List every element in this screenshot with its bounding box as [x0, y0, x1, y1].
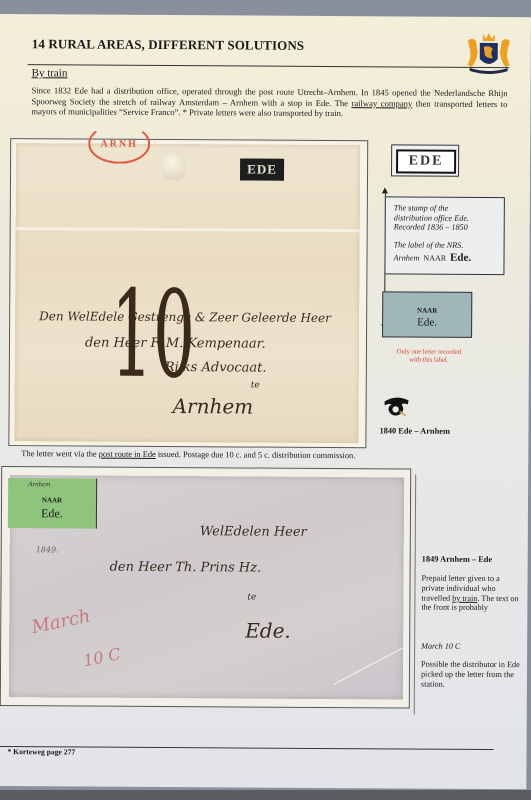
- address-line: te: [251, 381, 260, 391]
- info-line: The stamp of the: [394, 203, 502, 213]
- nrs-label-blue: NAAR Ede.: [382, 291, 472, 338]
- ede-stamp-detail: EDE: [391, 144, 459, 176]
- label-description: ArnhemNAAREde.: [393, 251, 471, 263]
- album-page: 14 RURAL AREAS, DIFFERENT SOLUTIONS By t…: [0, 14, 531, 789]
- stamp-info-text: The stamp of the distribution office Ede…: [394, 203, 502, 250]
- address-city: Arnhem: [173, 394, 254, 418]
- ede-box-stamp: EDE: [240, 158, 284, 180]
- letter-1849-title: 1849 Arnhem – Ede: [422, 555, 493, 564]
- label-arnhem: Arnhem: [393, 253, 419, 262]
- intro-paragraph: Since 1832 Ede had a distribution office…: [31, 85, 507, 119]
- letter-1840-caption: The letter went via the post route in Ed…: [21, 449, 355, 460]
- stamp-info-box: The stamp of the distribution office Ede…: [384, 196, 504, 275]
- letter-1849-transcription: March 10 C: [421, 642, 460, 651]
- wax-seal: [162, 150, 186, 180]
- label-naar: NAAR: [423, 254, 446, 263]
- red-postmark: ARNH: [88, 124, 150, 164]
- letter-1840-frame: ARNH EDE 10 Den WelEdele Gestrenge & Zee…: [8, 138, 368, 448]
- paper-crease: [333, 647, 404, 685]
- page-title: 14 RURAL AREAS, DIFFERENT SOLUTIONS: [32, 36, 304, 54]
- letter-1840-image: ARNH EDE 10 Den WelEdele Gestrenge & Zee…: [14, 143, 360, 443]
- label-naar: NAAR: [383, 306, 471, 315]
- year-note: 1849.: [36, 545, 59, 554]
- address-city: Ede.: [245, 619, 291, 643]
- address-line: te: [247, 593, 256, 603]
- ede-stamp-enlarged: EDE: [396, 149, 456, 173]
- dutch-coat-of-arms-icon: [464, 31, 514, 77]
- caption-text-2: issued. Postage due 10 c. and 5 c. distr…: [156, 450, 356, 460]
- letter-1849-image: Arnhem NAAR Ede. 1849. WelEdelen Heer de…: [9, 475, 404, 699]
- label-ede: Ede.: [8, 506, 96, 522]
- letter-1840-title: 1840 Ede – Arnhem: [379, 426, 450, 435]
- footnote: * Korteweg page 277: [7, 747, 75, 756]
- side-divider: [414, 475, 416, 715]
- red-script-line: 10 C: [82, 644, 123, 670]
- label-scribble: Arnhem: [28, 480, 50, 488]
- info-line: Recorded 1836 – 1850: [394, 223, 502, 233]
- red-note: Only one letter recorded with this label…: [394, 348, 464, 364]
- address-line: Den WelEdele Gestrenge & Zeer Geleerde H…: [39, 309, 331, 325]
- label-naar: NAAR: [8, 496, 96, 505]
- label-ede: Ede.: [383, 316, 471, 329]
- desc-underlined-term: by train: [452, 593, 477, 602]
- address-line: Rijks Advocaat.: [165, 360, 267, 376]
- caption-underlined-term: post route in Ede: [99, 450, 156, 459]
- address-line: WelEdelen Heer: [200, 524, 307, 540]
- red-script-line: March: [30, 606, 92, 639]
- title-divider: [28, 64, 510, 68]
- letter-1849-description: Prepaid letter given to a private indivi…: [421, 574, 521, 614]
- label-intro: The label of the NRS.: [394, 240, 502, 250]
- intro-underlined-term: railway company: [351, 98, 412, 108]
- letter-1849-note: Possible the distributor in Ede picked u…: [421, 660, 521, 690]
- caption-text-1: The letter went via the: [21, 449, 98, 458]
- address-line: den Heer Th. Prins Hz.: [110, 560, 262, 576]
- address-line: den Heer F. M. Kempenaar.: [85, 336, 266, 352]
- section-heading: By train: [32, 67, 68, 79]
- fold-line: [16, 227, 360, 232]
- posthorn-icon: [382, 396, 412, 418]
- background-edge: [0, 790, 531, 800]
- nrs-label-green: Arnhem NAAR Ede.: [8, 478, 97, 529]
- label-ede: Ede.: [450, 252, 471, 264]
- letter-1849-frame: Arnhem NAAR Ede. 1849. WelEdelen Heer de…: [0, 466, 411, 709]
